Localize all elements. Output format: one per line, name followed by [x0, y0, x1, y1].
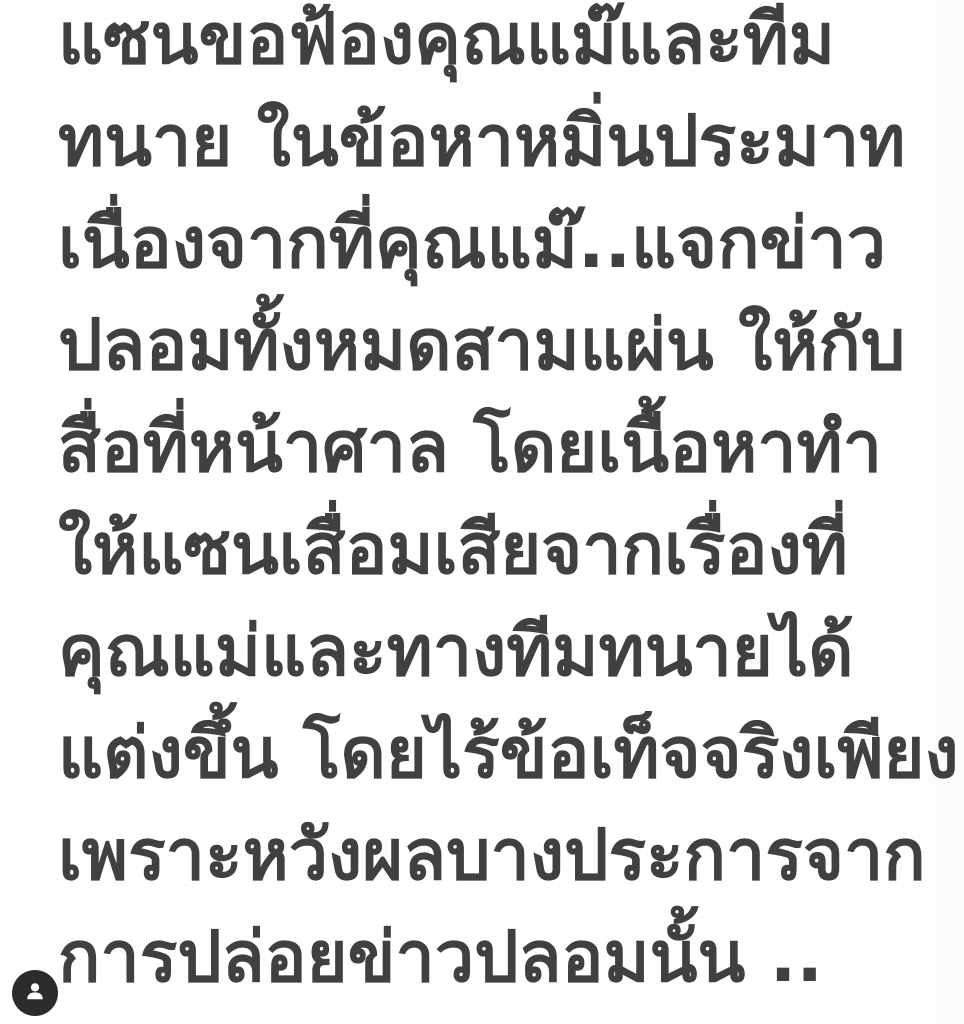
story-canvas: แซนขอฟ้องคุณแม๊และทีม ทนาย ในข้อหาหมิ่นป… — [0, 0, 964, 1024]
text-line-10: การปล่อยข่าวปลอมนั้น .. — [58, 922, 823, 992]
text-line-7: คุณแม่และทางทีมทนายได้ — [58, 616, 854, 686]
user-icon — [24, 980, 46, 1007]
profile-avatar-button[interactable] — [12, 970, 58, 1016]
text-line-2: ทนาย ในข้อหาหมิ่นประมาท — [58, 106, 905, 176]
text-line-4: ปลอมทั้งหมดสามแผ่น ให้กับ — [58, 310, 905, 380]
text-line-8: แต่งขึ้น โดยไร้ข้อเท็จจริงเพียง — [58, 718, 959, 788]
text-line-9: เพราะหวังผลบางประการจาก — [58, 820, 926, 890]
text-line-6: ให้แซนเสื่อมเสียจากเรื่องที่ — [58, 514, 848, 584]
text-line-3: เนื่องจากที่คุณแม๊..แจกข่าว — [58, 208, 886, 278]
text-line-1: แซนขอฟ้องคุณแม๊และทีม — [58, 4, 835, 74]
text-line-5: สื่อที่หน้าศาล โดยเนื้อหาทำ — [58, 412, 882, 482]
